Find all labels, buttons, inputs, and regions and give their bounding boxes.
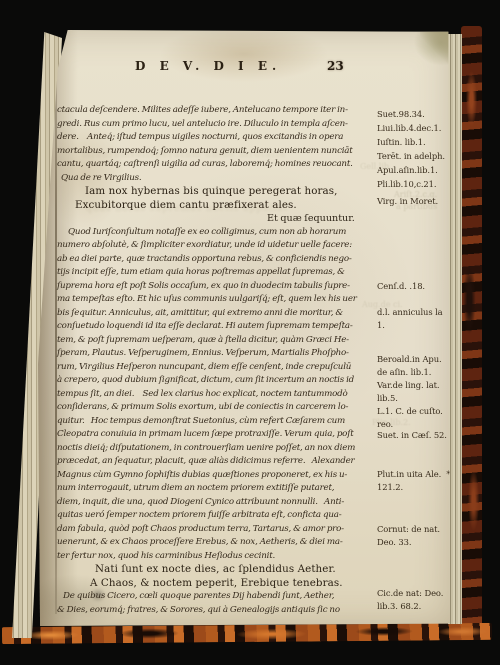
margin-note: d.l. anniculus la <box>377 307 443 317</box>
text-line: Quod Iuriſconſultum notaſſe ex eo collig… <box>57 226 365 240</box>
book-page: Gell.lib. Ariſt.2.c.q. à partibus Aug.de… <box>38 30 450 626</box>
body-text: ctacula deſcendere. Milites adeſſe iuber… <box>57 104 365 617</box>
binding-right-marbled-edge <box>461 26 482 634</box>
text-line: rum, Virgilius Heſperon nuncupant, diem … <box>57 361 365 375</box>
text-line: De quibus Cicero, cœli quoque parentes D… <box>57 590 365 604</box>
text-line: numero abſolutè, & ſimpliciter exordiatu… <box>57 239 365 253</box>
margin-note: de aſin. lib.1. <box>377 367 431 377</box>
verse-line: Excubitorque diem cantu præfixerat ales. <box>57 199 365 213</box>
margin-note: Apul.aſin.lib.1. <box>377 165 438 175</box>
margin-note: Suet.98.34. <box>377 109 425 119</box>
margin-note: Terēt. in adelph. <box>377 151 445 161</box>
verse-line: Iam nox hybernas bis quinque peregerat h… <box>57 185 365 199</box>
margin-note: Iuſtin. lib.1. <box>377 137 426 147</box>
margin-note: Plut.in uita Ale. * <box>377 469 450 479</box>
text-line: mortalibus, rumpendoq́; ſomno natura gen… <box>57 145 365 159</box>
text-line: tem, & poſt ſupremam ueſperam, quæ à ſte… <box>57 334 365 348</box>
text-line: Qua de re Virgilius. <box>57 172 365 186</box>
text-line: quitas ueró ſemper noctem priorem fuiſſe… <box>57 509 365 523</box>
page-corner-damage <box>420 30 450 64</box>
text-line: tempus ſit, an diei. Sed lex clarius hoc… <box>57 388 365 402</box>
margin-note: Suet. in Cæſ. 52. <box>377 430 447 440</box>
running-title: D E V. D I E. <box>135 59 281 73</box>
text-line: diem, inquit, die una, quod Diogeni Cyni… <box>57 496 365 510</box>
page-number: 23 <box>327 59 344 73</box>
margin-note: Liui.lib.4.dec.1. <box>377 123 441 133</box>
text-line: bis ſequitur. Anniculus, ait, amittitur,… <box>57 307 365 321</box>
printed-area: D E V. D I E. 23 ctacula deſcendere. Mil… <box>57 59 365 76</box>
text-line: uenerunt, & ex Chaos proceſſere Erebus, … <box>57 536 365 550</box>
margin-note: L.1. C. de cuſto. <box>377 406 443 416</box>
text-line: ter fertur nox, quod his carminibus Heſi… <box>57 550 365 564</box>
text-line: noctis dieiq́; diſputationem, in controu… <box>57 442 365 456</box>
page-header: D E V. D I E. 23 <box>57 59 365 75</box>
margin-note: lib.5. <box>377 393 398 403</box>
text-line: & Dies, eorumq́; fratres, & Sorores, qui… <box>57 604 365 618</box>
margin-note: Pli.lib.10,c.21. <box>377 179 436 189</box>
fore-edge-page-stack <box>448 34 462 624</box>
text-line: ſperam, Plautus. Veſperuginem, Ennius. V… <box>57 347 365 361</box>
margin-note: Cornut: de nat. <box>377 524 440 534</box>
book-photograph: Gell.lib. Ariſt.2.c.q. à partibus Aug.de… <box>0 0 500 665</box>
text-line: à crepero, quod dubium ſignificat, dictu… <box>57 374 365 388</box>
margin-note: Cenſ.d. .18. <box>377 281 425 291</box>
text-line: cantu, quartáq; caſtrenſi uigilia ad cur… <box>57 158 365 172</box>
margin-note: 1. <box>377 320 385 330</box>
text-line: num interrogauit, utrum diem an noctem p… <box>57 482 365 496</box>
margin-note: lib.3. 68.2. <box>377 601 421 611</box>
text-line: præcedat, an ſequatur, placuit, quæ alià… <box>57 455 365 469</box>
text-line: quitur. Hoc tempus demonſtrat Suetonius,… <box>57 415 365 429</box>
margin-note: 121.2. <box>377 482 403 492</box>
margin-note: Beroald.in Apu. <box>377 354 442 364</box>
verse-line: A Chaos, & noctem peperit, Erebique tene… <box>57 577 365 591</box>
text-line: tijs incipit eſſe, tum etiam quia horas … <box>57 266 365 280</box>
margin-note: Deo. 33. <box>377 537 411 547</box>
text-line: ctacula deſcendere. Milites adeſſe iuber… <box>57 104 365 118</box>
text-line: conſuetudo loquendi id ita eſſe declarat… <box>57 320 365 334</box>
text-line: dere. Anteq́; iſtud tempus uigiles noctu… <box>57 131 365 145</box>
verse-line: Nati ſunt ex nocte dies, ac ſplendidus A… <box>57 563 365 577</box>
text-line: ab ea diei parte, quæ tractandis opportu… <box>57 253 365 267</box>
text-line: Magnus cùm Gymno ſophiſtis dubias quæſti… <box>57 469 365 483</box>
margin-note: Virg. in Moret. <box>377 196 438 206</box>
text-line: dam fabula, quòd poſt Chaos productum te… <box>57 523 365 537</box>
text-line: ma tempeſtas eſto. Et hic uſus communis … <box>57 293 365 307</box>
margin-note: Cic.de nat: Deo. <box>377 588 443 598</box>
text-line: ſuprema hora eſt poſt Solis occaſum, ex … <box>57 280 365 294</box>
margin-note: Var.de ling. lat. <box>377 380 439 390</box>
binding-bottom-marbled-edge <box>2 623 492 644</box>
text-line: gredi. Rus cum primo lucu, uel antelucio… <box>57 118 365 132</box>
text-line: conſiderans, & primum Solis exortum, ubi… <box>57 401 365 415</box>
margin-note: reo. <box>377 419 393 429</box>
text-line: Et quæ ſequuntur. <box>57 212 365 226</box>
text-line: Cleopatra conuiuia in primam lucem ſæpe … <box>57 428 365 442</box>
